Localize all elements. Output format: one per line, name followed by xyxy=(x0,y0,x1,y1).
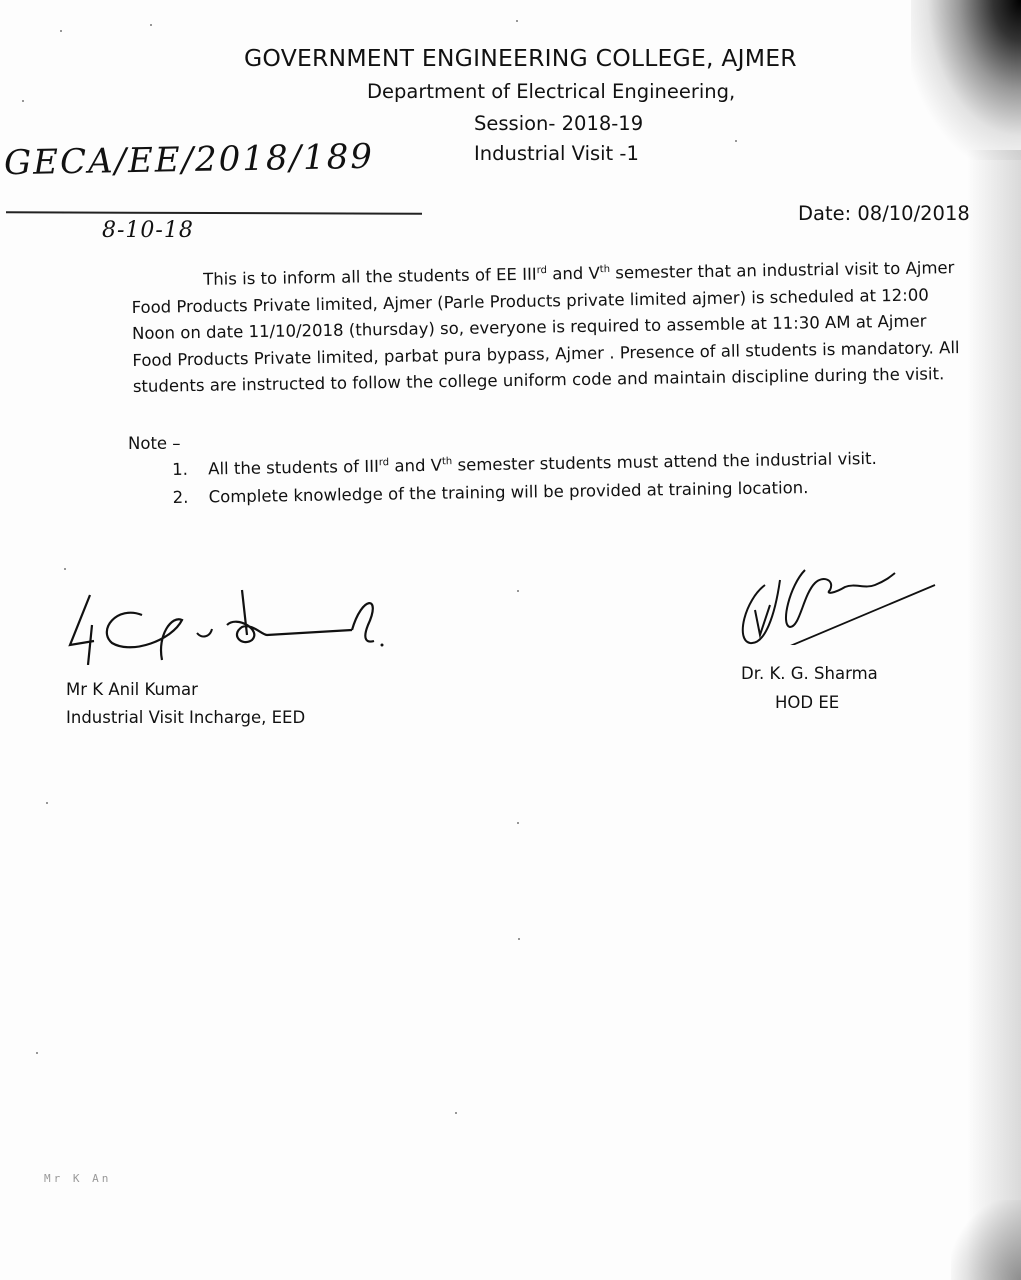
scan-speck xyxy=(60,30,62,32)
scan-speck xyxy=(36,1052,38,1054)
signatory-left-name: Mr K Anil Kumar xyxy=(66,680,198,699)
scan-speck xyxy=(455,1112,457,1114)
scan-speck xyxy=(64,568,66,570)
scan-speck xyxy=(518,938,520,940)
body-text-segment: semester that an industrial visit to Ajm… xyxy=(610,258,955,282)
superscript: th xyxy=(442,456,452,467)
note-list: 1. All the students of IIIrd and Vth sem… xyxy=(172,445,877,512)
scan-speck xyxy=(22,100,24,102)
scan-speck xyxy=(517,822,519,824)
note-text-segment: All the students of III xyxy=(208,457,379,479)
reference-underline xyxy=(6,211,422,214)
scan-speck xyxy=(735,140,737,142)
handwritten-reference-date: 8-10-18 xyxy=(102,218,194,243)
scan-speck xyxy=(46,802,48,804)
signatory-right-role: HOD EE xyxy=(775,693,839,712)
department-name: Department of Electrical Engineering, xyxy=(367,80,735,103)
note-text-segment: and V xyxy=(389,456,442,476)
signature-right xyxy=(735,565,945,645)
note-label: Note – xyxy=(128,434,181,453)
session: Session- 2018-19 xyxy=(474,112,643,135)
scanned-notice-page: GOVERNMENT ENGINEERING COLLEGE, AJMER De… xyxy=(0,0,1021,1280)
scan-shadow-bottom-right xyxy=(951,1200,1021,1280)
note-text-segment: semester students must attend the indust… xyxy=(452,449,877,475)
superscript: th xyxy=(600,264,610,275)
superscript: rd xyxy=(379,457,389,468)
scan-shadow-top-right xyxy=(911,0,1021,160)
visit-title: Industrial Visit -1 xyxy=(474,142,639,165)
scan-speck xyxy=(516,20,518,22)
handwritten-reference-number: GECA/EE/2018/189 xyxy=(4,137,375,183)
note-number: 2. xyxy=(172,483,208,512)
signature-left xyxy=(62,585,392,665)
notice-date: Date: 08/10/2018 xyxy=(798,202,970,225)
scan-speck xyxy=(150,24,152,26)
faint-bleedthrough-text: Mr K An xyxy=(44,1172,111,1185)
signatory-left-role: Industrial Visit Incharge, EED xyxy=(66,708,305,727)
superscript: rd xyxy=(537,265,547,276)
body-text-segment: and V xyxy=(547,264,600,284)
notice-body: This is to inform all the students of EE… xyxy=(131,254,993,400)
note-number: 1. xyxy=(172,455,208,484)
college-name: GOVERNMENT ENGINEERING COLLEGE, AJMER xyxy=(244,44,797,72)
body-text-segment: This is to inform all the students of EE… xyxy=(203,265,537,289)
signatory-right-name: Dr. K. G. Sharma xyxy=(741,664,878,683)
scan-speck xyxy=(517,590,519,592)
